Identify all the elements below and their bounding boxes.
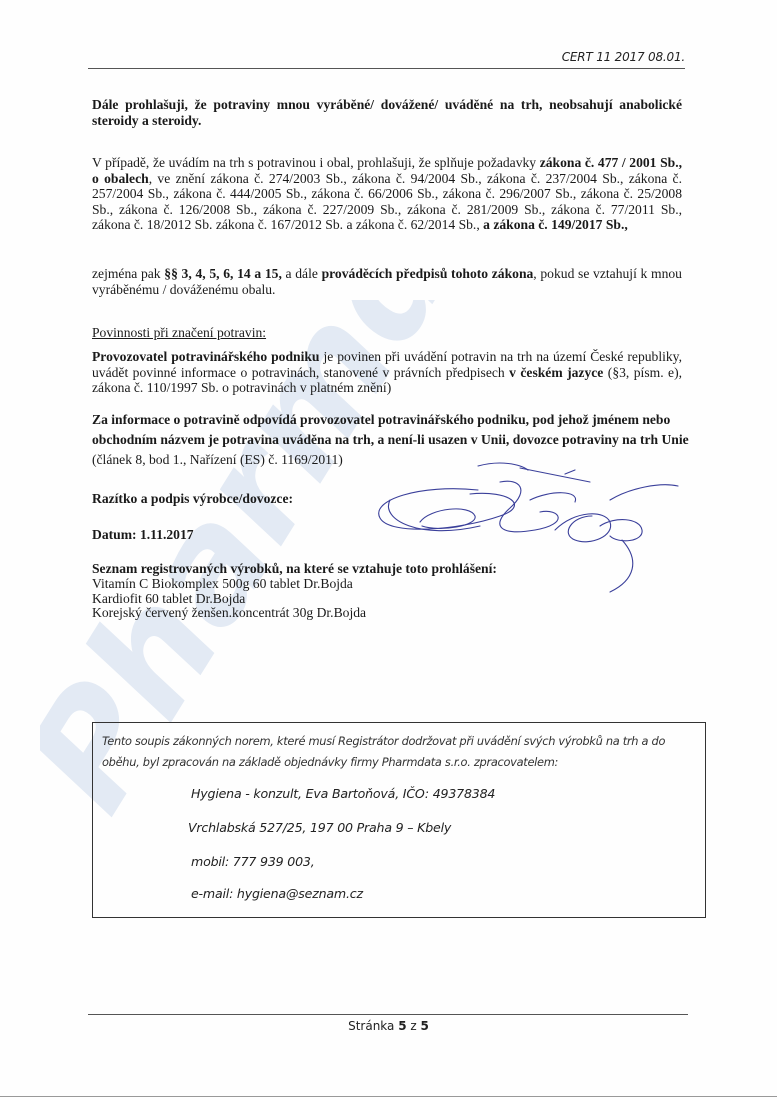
signature-label: Razítko a podpis výrobce/dovozce:	[92, 491, 293, 507]
sections-regulations: prováděcích předpisů tohoto zákona	[322, 266, 534, 281]
packaging-last-law: a zákona č. 149/2017 Sb.,	[483, 217, 628, 232]
steroids-declaration: Dále prohlašuji, že potraviny mnou vyráb…	[92, 97, 682, 128]
sections-prefix: zejména pak	[92, 266, 164, 281]
document-page: Pharmdata s.r.o. CERT 11 2017 08.01. Dál…	[0, 0, 777, 1100]
date-label: Datum: 1.11.2017	[92, 527, 194, 543]
page-number: Stránka 5 z 5	[0, 1019, 777, 1033]
processor-info-box: Tento soupis zákonných norem, které musí…	[92, 722, 706, 918]
product-item: Korejský červený ženšen.koncentrát 30g D…	[92, 606, 497, 621]
packaging-sections: zejména pak §§ 3, 4, 5, 6, 14 a 15, a dá…	[92, 266, 682, 297]
responsibility-text: Za informace o potravině odpovídá provoz…	[92, 412, 689, 447]
labeling-operator-paragraph: Provozovatel potravinářského podniku je …	[92, 349, 682, 396]
header-divider	[88, 68, 685, 69]
page-current: 5	[398, 1019, 406, 1033]
steroids-text: Dále prohlašuji, že potraviny mnou vyráb…	[92, 97, 682, 128]
page-label: Stránka	[348, 1019, 394, 1033]
info-email: e-mail: hygiena@seznam.cz	[191, 886, 363, 901]
sections-list: §§ 3, 4, 5, 6, 14 a 15,	[164, 266, 282, 281]
packaging-intro: V případě, že uvádím na trh s potravinou…	[92, 155, 540, 170]
info-company: Hygiena - konzult, Eva Bartoňová, IČO: 4…	[191, 786, 495, 801]
page-total: 5	[421, 1019, 429, 1033]
operator-term: Provozovatel potravinářského podniku	[92, 349, 319, 364]
labeling-heading: Povinnosti při značení potravin:	[92, 325, 266, 341]
scan-edge	[0, 1096, 777, 1097]
info-mobile: mobil: 777 939 003,	[191, 854, 315, 869]
info-intro: Tento soupis zákonných norem, které musí…	[102, 731, 702, 773]
info-address: Vrchlabská 527/25, 197 00 Praha 9 – Kbel…	[188, 820, 451, 835]
handwritten-signature	[360, 460, 690, 600]
packaging-declaration: V případě, že uvádím na trh s potravinou…	[92, 155, 682, 233]
language-term: v českém jazyce	[509, 365, 603, 380]
page-of: z	[410, 1019, 416, 1033]
responsibility-ref: (článek 8, bod 1., Nařízení (ES) č. 1169…	[92, 452, 343, 467]
document-code: CERT 11 2017 08.01.	[562, 50, 685, 64]
footer-divider	[88, 1014, 688, 1015]
sections-middle: a dále	[282, 266, 322, 281]
